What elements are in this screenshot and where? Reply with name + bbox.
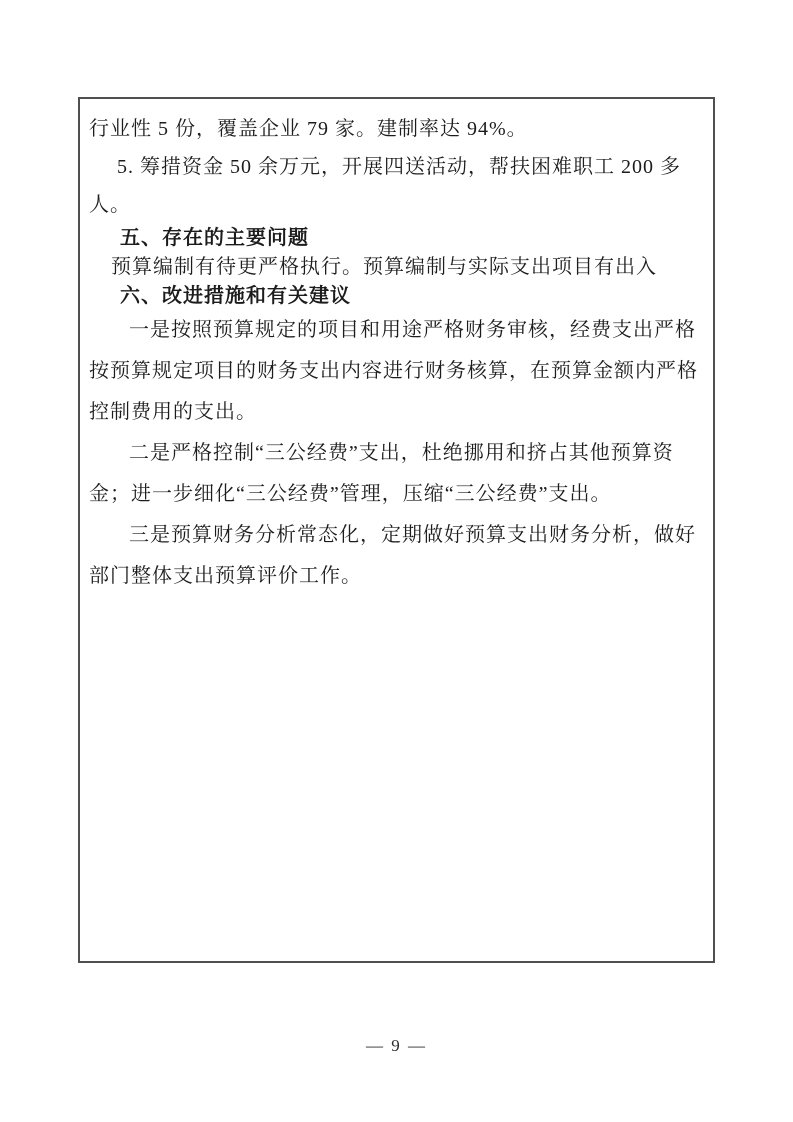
paragraph-measure-two: 二是严格控制“三公经费”支出，杜绝挪用和挤占其他预算资金；进一步细化“三公经费”… [89,433,704,515]
page-number: — 9 — [0,1036,793,1056]
section-heading-six: 六、改进措施和有关建议 [89,282,704,310]
paragraph-measure-one: 一是按照预算规定的项目和用途严格财务审核，经费支出严格按预算规定项目的财务支出内… [89,310,704,433]
paragraph-measure-three: 三是预算财务分析常态化，定期做好预算支出财务分析，做好部门整体支出预算评价工作。 [89,515,704,597]
table-cell-border: 行业性 5 份，覆盖企业 79 家。建制率达 94%。 5. 筹措资金 50 余… [78,97,715,963]
document-body: 行业性 5 份，覆盖企业 79 家。建制率达 94%。 5. 筹措资金 50 余… [80,99,713,597]
paragraph-item-5: 5. 筹措资金 50 余万元，开展四送活动，帮扶困难职工 200 多人。 [89,148,704,224]
paragraph-problem-statement: 预算编制有待更严格执行。预算编制与实际支出项目有出入 [89,252,704,282]
section-heading-five: 五、存在的主要问题 [89,224,704,252]
document-page: 行业性 5 份，覆盖企业 79 家。建制率达 94%。 5. 筹措资金 50 余… [0,0,793,1122]
paragraph-continuation: 行业性 5 份，覆盖企业 79 家。建制率达 94%。 [89,110,704,148]
